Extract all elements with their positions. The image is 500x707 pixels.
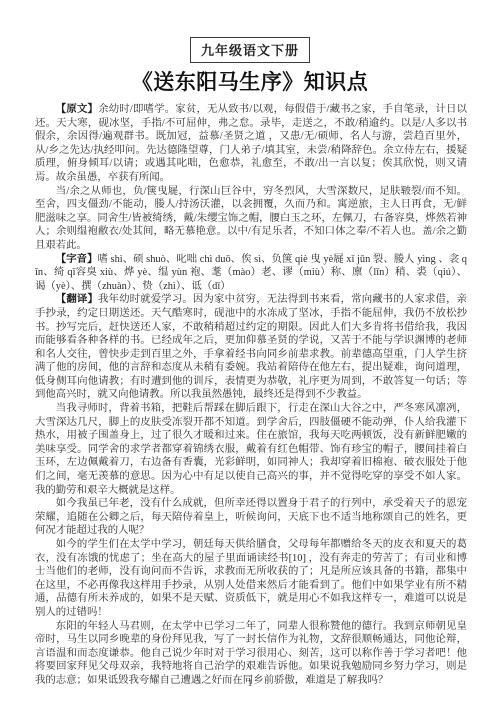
paragraph: 【原文】余幼时/即嗜学。家贫，无从致书/以观，每假借于/藏书之家，手自笔录，计日… [35,103,467,185]
document-body: 【原文】余幼时/即嗜学。家贫，无从致书/以观，每假借于/藏书之家，手自笔录，计日… [35,103,467,688]
paragraph-label: 【原文】 [56,104,98,115]
paragraph: 如今的学生们在太学中学习，朝廷每天供给膳食，父母每年都赠给冬天的皮衣和夏天的葛衣… [35,538,467,620]
page-number: 1 [0,679,500,689]
paragraph: 当/余之从师也，负/箧曳屣，行深山巨谷中，穷冬烈风，大雪深数尺，足肤皲裂/而不知… [35,185,467,253]
paragraph: 【字音】嗜 shì、硕 shuò、叱咄 chì duō、俟 sì、负箧 qiè … [35,253,467,294]
page-title: 《送东阳马生序》知识点 [0,66,500,96]
paragraph: 当我寻师时，背着书箱，把鞋后帮踩在脚后跟下，行走在深山大谷之中，严冬寒风凛冽，大… [35,402,467,497]
paragraph: 【翻译】我年幼时就爱学习。因为家中贫穷，无法得到书来看，常向藏书的人家求借，亲手… [35,293,467,402]
document-page: 九年级语文下册 《送东阳马生序》知识点 【原文】余幼时/即嗜学。家贫，无从致书/… [0,0,500,707]
document-header: 九年级语文下册 《送东阳马生序》知识点 [0,0,500,96]
paragraph: 东阳的年轻人马君则，在太学中已学习二年了，同辈人很称赞他的德行。我到京师朝见皇帝… [35,620,467,688]
paragraph-label: 【字音】 [56,254,98,265]
paragraph-label: 【翻译】 [56,294,98,305]
paragraph: 如今我虽已年老，没有什么成就，但所幸还得以置身于君子的行列中，承受着天子的恩宠荣… [35,497,467,538]
course-label-box: 九年级语文下册 [190,37,310,63]
